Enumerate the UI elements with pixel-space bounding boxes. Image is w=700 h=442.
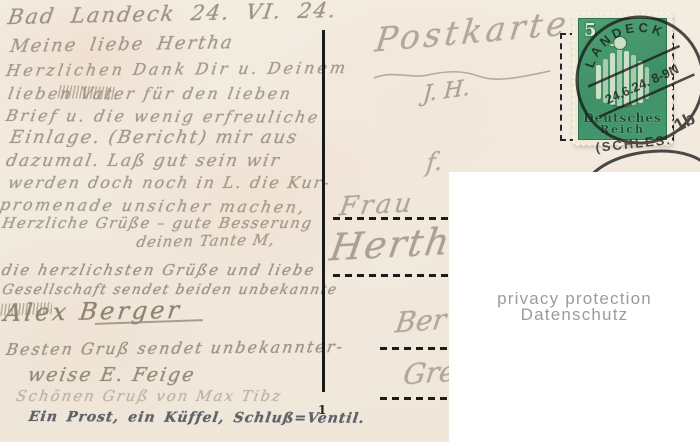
- handwriting-line-dateline: Bad Landeck 24. VI. 24.: [6, 0, 339, 29]
- handwriting-line: Brief u. die wenig erfreuliche: [5, 106, 322, 127]
- ink-scribble: [0, 302, 52, 316]
- postcard-scan: Bad Landeck 24. VI. 24. Meine liebe Hert…: [0, 0, 700, 442]
- eagle-icon: [592, 35, 654, 113]
- address-fragment: f.: [425, 146, 444, 177]
- handwriting-line: lieben Vater für den lieben: [7, 84, 295, 103]
- address-dashed-line: [380, 397, 449, 400]
- handwriting-line: die herzlichsten Grüße und liebe: [0, 261, 317, 279]
- handwriting-line-salutation: Meine liebe Hertha: [9, 32, 236, 57]
- handwriting-line-faint: Schönen Gruß von Max Tibz: [15, 387, 284, 405]
- address-dashed-line: [333, 274, 449, 277]
- handwriting-line: Besten Gruß sendet unbekannter-: [5, 337, 346, 359]
- handwriting-line: Einlage. (Bericht) mir aus: [8, 127, 300, 148]
- stamp-country-line2: Reich: [579, 124, 666, 136]
- ink-scribble: [58, 85, 116, 100]
- handwriting-line: deinen Tante M,: [135, 231, 276, 251]
- privacy-overlay: privacy protection Datenschutz: [449, 172, 700, 442]
- address-dashed-line: [380, 347, 449, 350]
- postmark-code: 1b: [670, 108, 698, 136]
- stamp-green-panel: 5 Deutsches Reich: [578, 18, 667, 140]
- handwriting-line-ink: Ein Prost, ein Küffel, Schluß=Ventil.: [28, 409, 366, 427]
- center-divider-rule: [322, 30, 325, 392]
- signature-e-feige: weise E. Feige: [26, 364, 197, 386]
- address-fragment-town: Ber: [393, 302, 448, 339]
- address-dashed-line: [333, 217, 449, 220]
- address-fragment-name: Herth: [327, 220, 454, 270]
- handwriting-line: dazumal. Laß gut sein wir: [4, 151, 282, 171]
- postkarte-heading: Postkarte: [373, 3, 572, 60]
- handwriting-line: werden doch noch in L. die Kur-: [7, 173, 333, 192]
- postage-stamp: 5 Deutsches Reich: [573, 13, 672, 145]
- monogram-jh: J. H.: [422, 75, 471, 107]
- handwriting-line: Herzlichen Dank Dir u. Deinem: [5, 58, 350, 80]
- handwriting-line: Herzliche Grüße – gute Besserung: [1, 214, 314, 232]
- card-number: 1: [318, 403, 326, 417]
- stamp-country-name: Deutsches Reich: [579, 112, 666, 136]
- privacy-line-de: Datenschutz: [521, 307, 629, 323]
